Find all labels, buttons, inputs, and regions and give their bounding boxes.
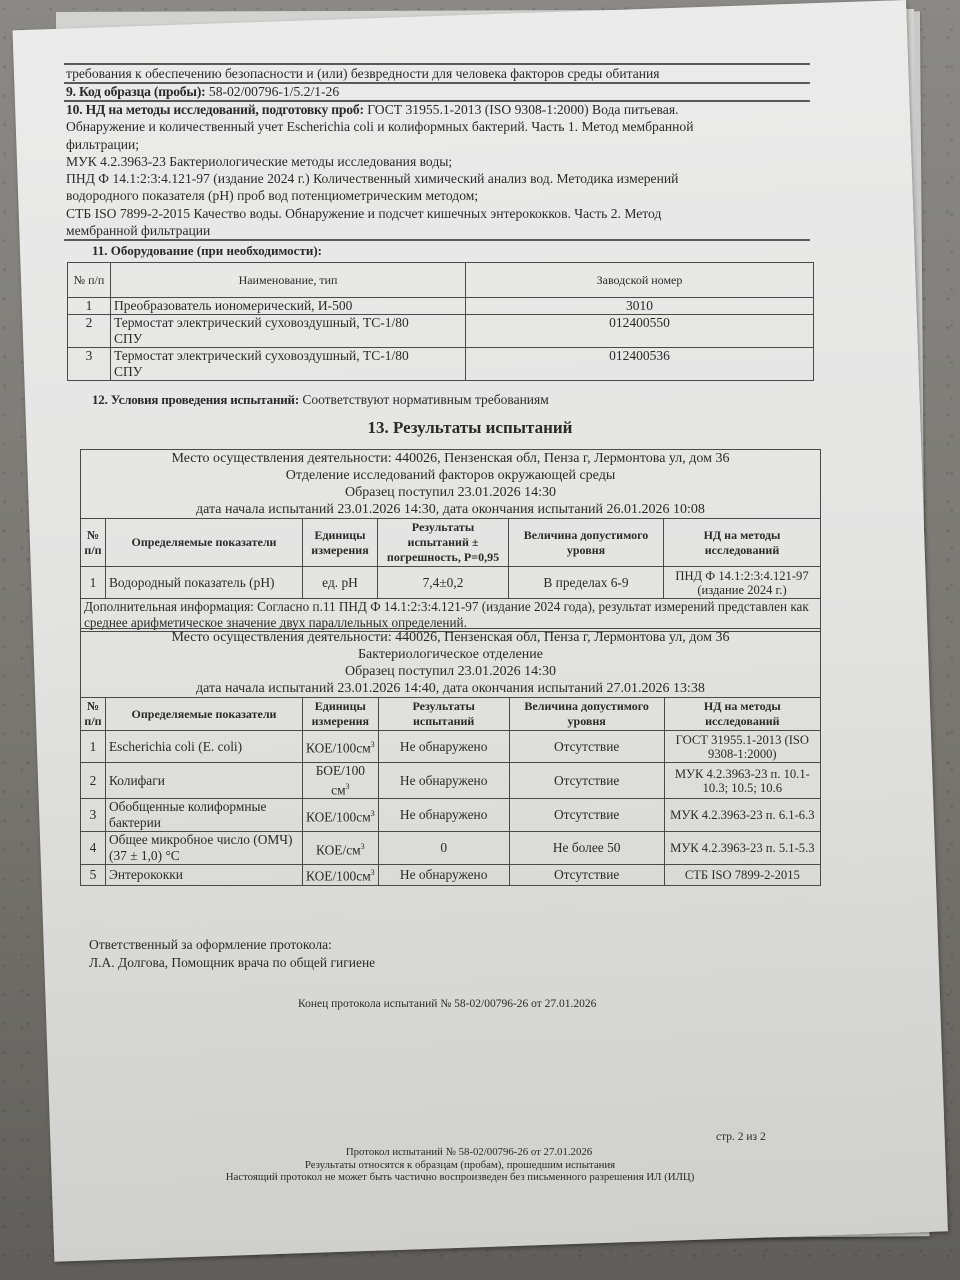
units: КОЕ/100см3 — [303, 731, 379, 763]
col-units: Единицы измерения — [303, 698, 379, 731]
table-row: 1Escherichia coli (E. coli)КОЕ/100см3Не … — [81, 731, 821, 763]
section-10: 10. НД на методы исследований, подготовк… — [64, 101, 810, 241]
result-value: 7,4±0,2 — [378, 567, 509, 599]
allowed-level: В пределах 6-9 — [509, 567, 664, 599]
additional-info: Дополнительная информация: Согласно п.11… — [81, 599, 821, 632]
method-doc: МУК 4.2.3963-23 п. 10.1-10.3; 10.5; 10.6 — [664, 763, 820, 799]
method-line: ПНД Ф 14.1:2:3:4.121-97 (издание 2024 г.… — [66, 170, 810, 187]
table-row: 1 Преобразователь иономерический, И-500 … — [68, 298, 814, 315]
method-line: фильтрации; — [66, 136, 810, 153]
test-dates: дата начала испытаний 23.01.2026 14:30, … — [81, 501, 820, 518]
equipment-name: Преобразователь иономерический, И-500 — [111, 298, 466, 315]
parameter-name: Энтерококки — [106, 865, 303, 885]
table-row: 3Обобщенные колиформные бактерииКОЕ/100с… — [81, 799, 821, 832]
sample-received: Образец поступил 23.01.2026 14:30 — [81, 663, 820, 680]
row-number: 1 — [81, 731, 106, 763]
units: ед. pH — [303, 567, 378, 599]
units-exponent: 3 — [346, 782, 350, 791]
result-value: 0 — [378, 832, 509, 865]
allowed-level: Отсутствие — [509, 763, 664, 799]
table-row: 2 Термостат электрический суховоздушный,… — [68, 315, 814, 348]
table-row: 4Общее микробное число (ОМЧ) (37 ± 1,0) … — [81, 832, 821, 865]
equipment-name-cont: СПУ — [114, 364, 462, 380]
col-number: № п/п — [68, 263, 111, 298]
units-text: КОЕ/100см — [306, 809, 371, 824]
method-line: ГОСТ 31955.1-2013 (ISO 9308-1:2000) Вода… — [367, 102, 678, 117]
serial-number: 012400550 — [466, 315, 814, 348]
col-serial: Заводской номер — [466, 263, 814, 298]
allowed-level: Отсутствие — [509, 799, 664, 832]
col-method: НД на методы исследований — [664, 698, 820, 731]
table-row: 2КолифагиБОЕ/100 см3Не обнаруженоОтсутст… — [81, 763, 821, 799]
place-of-activity: Место осуществления деятельности: 440026… — [81, 450, 820, 467]
units-exponent: 3 — [361, 842, 365, 851]
department: Отделение исследований факторов окружающ… — [81, 467, 820, 484]
test-dates: дата начала испытаний 23.01.2026 14:40, … — [81, 680, 820, 697]
row-number: 2 — [68, 315, 111, 348]
method-line: МУК 4.2.3963-23 Бактериологические метод… — [66, 153, 810, 170]
results-header-row: № п/п Определяемые показатели Единицы из… — [81, 519, 821, 567]
page-footer: Протокол испытаний № 58-02/00796-26 от 2… — [160, 1146, 760, 1184]
method-line: СТБ ISO 7899-2-2015 Качество воды. Обнар… — [66, 205, 810, 222]
col-parameter: Определяемые показатели — [106, 519, 303, 567]
allowed-level: Не более 50 — [509, 832, 664, 865]
allowed-level: Отсутствие — [509, 731, 664, 763]
equipment-name-cont: СПУ — [114, 331, 462, 347]
results-table-bacteriology: Место осуществления деятельности: 440026… — [80, 628, 821, 886]
responsible-block: Ответственный за оформление протокола: Л… — [89, 936, 375, 972]
sample-received: Образец поступил 23.01.2026 14:30 — [81, 484, 820, 501]
section-9-label: 9. Код образца (пробы): — [66, 84, 205, 99]
units: КОЕ/100см3 — [303, 799, 379, 832]
units: КОЕ/см3 — [303, 832, 379, 865]
requirements-text: требования к обеспечению безопасности и … — [66, 66, 660, 81]
row-number: 2 — [81, 763, 106, 799]
row-number: 1 — [81, 567, 106, 599]
page-number: стр. 2 из 2 — [716, 1131, 766, 1143]
document-content: требования к обеспечению безопасности и … — [0, 0, 960, 1280]
responsible-label: Ответственный за оформление протокола: — [89, 936, 375, 954]
col-result: Результаты испытаний ± погрешность, P=0,… — [378, 519, 509, 567]
requirements-line: требования к обеспечению безопасности и … — [64, 63, 810, 84]
serial-number: 012400536 — [466, 348, 814, 381]
method-doc: МУК 4.2.3963-23 п. 5.1-5.3 — [664, 832, 820, 865]
section-9: 9. Код образца (пробы): 58-02/00796-1/5.… — [64, 83, 810, 102]
units-text: КОЕ/100см — [306, 740, 371, 755]
units: БОЕ/100 см3 — [303, 763, 379, 799]
result-value: Не обнаружено — [378, 731, 509, 763]
method-doc: ПНД Ф 14.1:2:3:4.121-97 (издание 2024 г.… — [664, 567, 821, 599]
method-line: водородного показателя (pH) проб вод пот… — [66, 187, 810, 204]
units-exponent: 3 — [371, 868, 375, 877]
col-limit: Величина допустимого уровня — [509, 519, 664, 567]
serial-number: 3010 — [466, 298, 814, 315]
result-value: Не обнаружено — [378, 865, 509, 885]
row-number: 4 — [81, 832, 106, 865]
units-exponent: 3 — [371, 740, 375, 749]
test-conditions: Соответствуют нормативным требованиям — [302, 392, 548, 407]
footer-line: Настоящий протокол не может быть частичн… — [160, 1171, 760, 1184]
sample-code: 58-02/00796-1/5.2/1-26 — [209, 84, 339, 99]
parameter-name: Обобщенные колиформные бактерии — [106, 799, 303, 832]
col-number: № п/п — [81, 698, 106, 731]
row-number: 5 — [81, 865, 106, 885]
row-number: 3 — [81, 799, 106, 832]
equipment-name: Термостат электрический суховоздушный, Т… — [114, 348, 462, 364]
block-header: Место осуществления деятельности: 440026… — [81, 629, 821, 698]
parameter-name: Водородный показатель (pH) — [106, 567, 303, 599]
table-row: 3 Термостат электрический суховоздушный,… — [68, 348, 814, 381]
parameter-name: Колифаги — [106, 763, 303, 799]
units: КОЕ/100см3 — [303, 865, 379, 885]
row-number: 1 — [68, 298, 111, 315]
col-number: № п/п — [81, 519, 106, 567]
parameter-name: Escherichia coli (E. coli) — [106, 731, 303, 763]
row-number: 3 — [68, 348, 111, 381]
table-row: 1 Водородный показатель (pH) ед. pH 7,4±… — [81, 567, 821, 599]
equipment-table: № п/п Наименование, тип Заводской номер … — [67, 262, 814, 381]
section-12: 12. Условия проведения испытаний: Соотве… — [92, 392, 549, 408]
units-text: КОЕ/100см — [306, 869, 371, 884]
units-exponent: 3 — [371, 809, 375, 818]
parameter-name: Общее микробное число (ОМЧ) (37 ± 1,0) °… — [106, 832, 303, 865]
result-value: Не обнаружено — [378, 763, 509, 799]
section-11-label: 11. Оборудование (при необходимости): — [92, 243, 322, 259]
results-table-chemistry: Место осуществления деятельности: 440026… — [80, 449, 821, 632]
col-result: Результаты испытаний — [378, 698, 509, 731]
result-value: Не обнаружено — [378, 799, 509, 832]
responsible-person: Л.А. Долгова, Помощник врача по общей ги… — [89, 954, 375, 972]
method-line: мембранной фильтрации — [66, 222, 810, 239]
col-method: НД на методы исследований — [664, 519, 821, 567]
units-text: БОЕ/100 см — [316, 763, 365, 797]
results-header-row: № п/п Определяемые показатели Единицы из… — [81, 698, 821, 731]
col-limit: Величина допустимого уровня — [509, 698, 664, 731]
results-title: 13. Результаты испытаний — [0, 418, 940, 438]
equipment-name: Термостат электрический суховоздушный, Т… — [114, 315, 462, 331]
method-doc: ГОСТ 31955.1-2013 (ISO 9308-1:2000) — [664, 731, 820, 763]
col-parameter: Определяемые показатели — [106, 698, 303, 731]
place-of-activity: Место осуществления деятельности: 440026… — [81, 629, 820, 646]
col-units: Единицы измерения — [303, 519, 378, 567]
units-text: КОЕ/см — [316, 842, 361, 857]
table-row: 5ЭнтерококкиКОЕ/100см3Не обнаруженоОтсут… — [81, 865, 821, 885]
equipment-header-row: № п/п Наименование, тип Заводской номер — [68, 263, 814, 298]
method-line: Обнаружение и количественный учет Escher… — [66, 118, 810, 135]
col-name-type: Наименование, тип — [111, 263, 466, 298]
allowed-level: Отсутствие — [509, 865, 664, 885]
end-of-protocol: Конец протокола испытаний № 58-02/00796-… — [298, 998, 596, 1010]
section-12-label: 12. Условия проведения испытаний: — [92, 392, 299, 407]
section-10-label: 10. НД на методы исследований, подготовк… — [66, 102, 364, 117]
footer-line: Результаты относятся к образцам (пробам)… — [160, 1159, 760, 1172]
method-doc: СТБ ISO 7899-2-2015 — [664, 865, 820, 885]
department: Бактериологическое отделение — [81, 646, 820, 663]
footer-line: Протокол испытаний № 58-02/00796-26 от 2… — [160, 1146, 760, 1159]
method-doc: МУК 4.2.3963-23 п. 6.1-6.3 — [664, 799, 820, 832]
block-header: Место осуществления деятельности: 440026… — [81, 450, 821, 519]
